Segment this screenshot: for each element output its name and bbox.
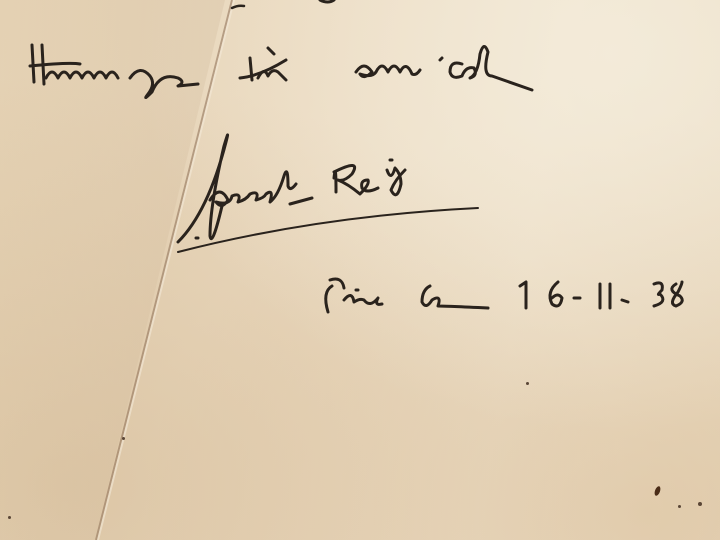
paper-speck (122, 437, 125, 440)
paper-speck (526, 382, 529, 385)
word-amical (356, 46, 532, 90)
paper-speck (678, 505, 681, 508)
paper-speck (698, 502, 702, 506)
paper-speck (8, 516, 11, 519)
